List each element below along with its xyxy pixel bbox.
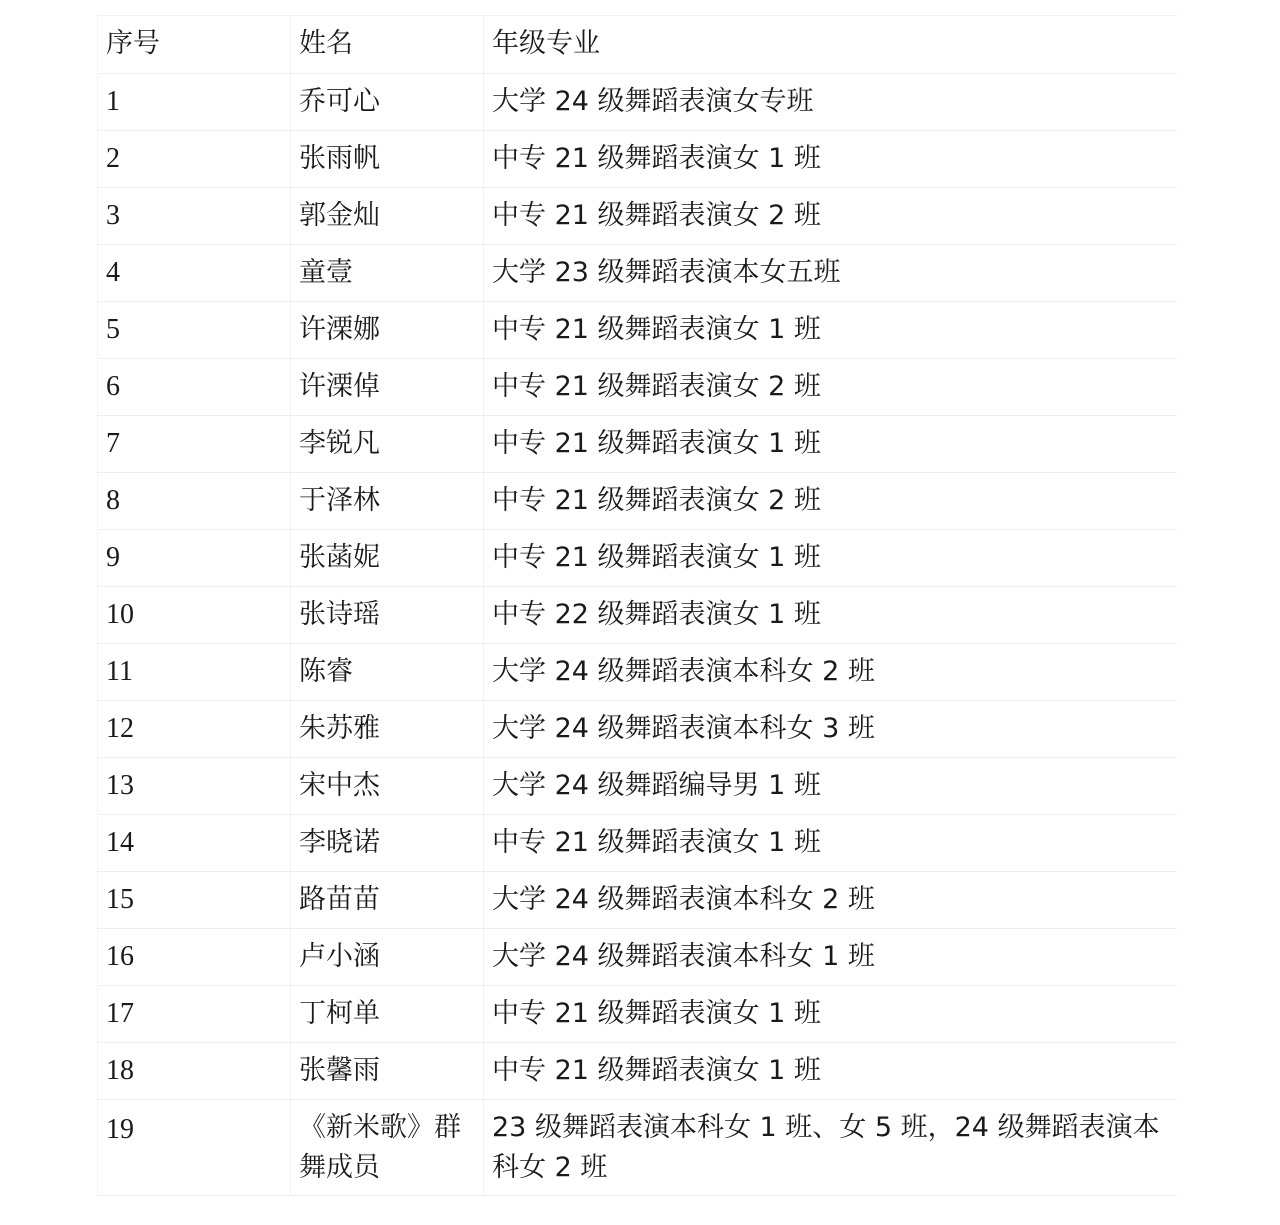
table-row: 10张诗瑶中专 22 级舞蹈表演女 1 班 [98,586,1178,643]
cell-index: 12 [98,700,291,757]
cell-index: 17 [98,985,291,1042]
cell-name: 陈睿 [291,643,484,700]
table-row: 15路苗苗大学 24 级舞蹈表演本科女 2 班 [98,871,1178,928]
table-row: 9张菡妮中专 21 级舞蹈表演女 1 班 [98,529,1178,586]
cell-index: 11 [98,643,291,700]
table-row: 8于泽林中专 21 级舞蹈表演女 2 班 [98,472,1178,529]
cell-major: 大学 24 级舞蹈表演本科女 1 班 [484,928,1178,985]
cell-name: 乔可心 [291,73,484,130]
table-row: 11陈睿大学 24 级舞蹈表演本科女 2 班 [98,643,1178,700]
cell-index: 9 [98,529,291,586]
cell-name: 张诗瑶 [291,586,484,643]
cell-name: 张菡妮 [291,529,484,586]
table-row: 18张馨雨中专 21 级舞蹈表演女 1 班 [98,1042,1178,1099]
header-major: 年级专业 [484,16,1178,73]
table-row: 3郭金灿中专 21 级舞蹈表演女 2 班 [98,187,1178,244]
cell-index: 8 [98,472,291,529]
cell-name: 张雨帆 [291,130,484,187]
table-row: 17丁柯单中专 21 级舞蹈表演女 1 班 [98,985,1178,1042]
cell-major: 中专 21 级舞蹈表演女 1 班 [484,130,1178,187]
cell-index: 4 [98,244,291,301]
table-row: 16卢小涵大学 24 级舞蹈表演本科女 1 班 [98,928,1178,985]
cell-index: 14 [98,814,291,871]
cell-major: 中专 21 级舞蹈表演女 1 班 [484,301,1178,358]
table-row: 5许溧娜中专 21 级舞蹈表演女 1 班 [98,301,1178,358]
table-row: 7李锐凡中专 21 级舞蹈表演女 1 班 [98,415,1178,472]
cell-major: 中专 21 级舞蹈表演女 1 班 [484,814,1178,871]
cell-name: 李锐凡 [291,415,484,472]
cell-index: 19 [98,1099,291,1195]
table-row: 6许溧倬中专 21 级舞蹈表演女 2 班 [98,358,1178,415]
cell-name: 李晓诺 [291,814,484,871]
cell-major: 中专 21 级舞蹈表演女 1 班 [484,1042,1178,1099]
table-row: 1乔可心大学 24 级舞蹈表演女专班 [98,73,1178,130]
cell-index: 13 [98,757,291,814]
cell-name: 童壹 [291,244,484,301]
student-table: 序号 姓名 年级专业 1乔可心大学 24 级舞蹈表演女专班 2张雨帆中专 21 … [97,16,1177,1196]
table-row: 19《新米歌》群舞成员23 级舞蹈表演本科女 1 班、女 5 班，24 级舞蹈表… [98,1099,1178,1195]
cell-major: 大学 24 级舞蹈表演本科女 3 班 [484,700,1178,757]
cell-name: 宋中杰 [291,757,484,814]
header-name: 姓名 [291,16,484,73]
cell-major: 大学 24 级舞蹈编导男 1 班 [484,757,1178,814]
cell-name: 郭金灿 [291,187,484,244]
table-row: 12朱苏雅大学 24 级舞蹈表演本科女 3 班 [98,700,1178,757]
cell-name: 丁柯单 [291,985,484,1042]
cell-index: 6 [98,358,291,415]
cell-name: 朱苏雅 [291,700,484,757]
cell-name: 卢小涵 [291,928,484,985]
cell-index: 10 [98,586,291,643]
cell-index: 2 [98,130,291,187]
cell-name: 许溧倬 [291,358,484,415]
cell-index: 5 [98,301,291,358]
cell-index: 1 [98,73,291,130]
cell-index: 7 [98,415,291,472]
cell-index: 3 [98,187,291,244]
cell-index: 16 [98,928,291,985]
table-row: 14李晓诺中专 21 级舞蹈表演女 1 班 [98,814,1178,871]
cell-major: 大学 24 级舞蹈表演本科女 2 班 [484,643,1178,700]
table-header-row: 序号 姓名 年级专业 [98,16,1178,73]
cell-index: 15 [98,871,291,928]
cell-index: 18 [98,1042,291,1099]
cell-major: 中专 21 级舞蹈表演女 1 班 [484,415,1178,472]
cell-major: 中专 21 级舞蹈表演女 1 班 [484,985,1178,1042]
student-table-container: 序号 姓名 年级专业 1乔可心大学 24 级舞蹈表演女专班 2张雨帆中专 21 … [97,15,1177,1196]
cell-major: 中专 22 级舞蹈表演女 1 班 [484,586,1178,643]
cell-major: 中专 21 级舞蹈表演女 2 班 [484,187,1178,244]
cell-name: 《新米歌》群舞成员 [291,1099,484,1195]
cell-name: 张馨雨 [291,1042,484,1099]
table-row: 4童壹大学 23 级舞蹈表演本女五班 [98,244,1178,301]
cell-name: 路苗苗 [291,871,484,928]
cell-name: 于泽林 [291,472,484,529]
cell-name: 许溧娜 [291,301,484,358]
cell-major: 大学 24 级舞蹈表演女专班 [484,73,1178,130]
table-row: 2张雨帆中专 21 级舞蹈表演女 1 班 [98,130,1178,187]
table-row: 13宋中杰大学 24 级舞蹈编导男 1 班 [98,757,1178,814]
header-index: 序号 [98,16,291,73]
cell-major: 大学 24 级舞蹈表演本科女 2 班 [484,871,1178,928]
cell-major: 中专 21 级舞蹈表演女 2 班 [484,358,1178,415]
cell-major: 中专 21 级舞蹈表演女 2 班 [484,472,1178,529]
cell-major: 23 级舞蹈表演本科女 1 班、女 5 班，24 级舞蹈表演本科女 2 班 [484,1099,1178,1195]
cell-major: 大学 23 级舞蹈表演本女五班 [484,244,1178,301]
cell-major: 中专 21 级舞蹈表演女 1 班 [484,529,1178,586]
